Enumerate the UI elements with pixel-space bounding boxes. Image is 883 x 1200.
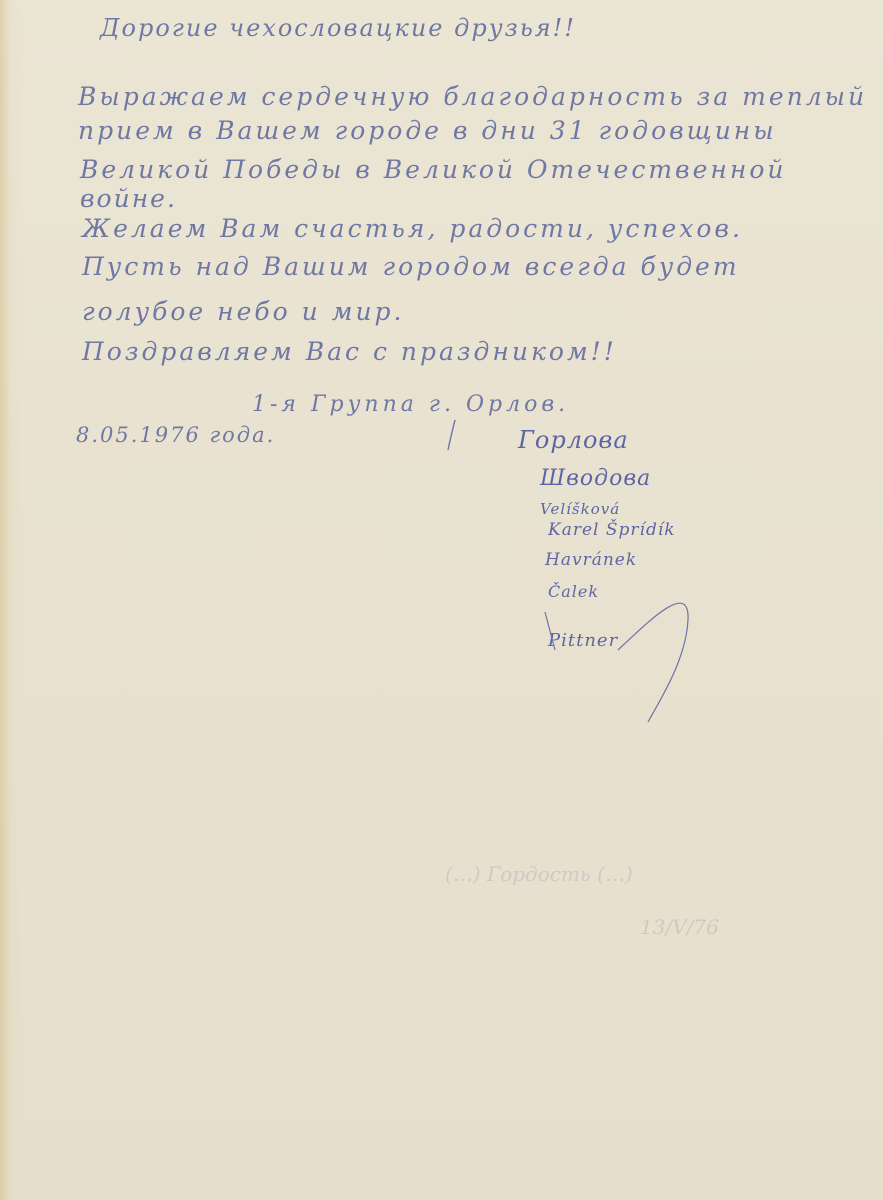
signature: Karel Šprídík [548, 520, 676, 540]
letter-line: Поздравляем Вас с праздником!! [82, 337, 617, 366]
signature: Čalek [548, 582, 599, 601]
letter-line: голубое небо и мир. [82, 297, 405, 326]
letter-date: 8.05.1976 года. [76, 423, 275, 447]
signature: Pittner [548, 630, 618, 651]
letter-line: прием в Вашем городе в дни 31 годовщины [78, 116, 777, 145]
bleedthrough-text: (…) Гордость (…) [445, 862, 633, 886]
sender-line: 1-я Группа г. Орлов. [252, 392, 569, 417]
bleedthrough-number: 13/V/76 [640, 915, 719, 939]
paper-page: Дорогие чехословацкие друзья!! Выражаем … [0, 0, 883, 1200]
signature: Havránek [545, 550, 637, 570]
letter-greeting: Дорогие чехословацкие друзья!! [100, 14, 576, 42]
letter-line: Желаем Вам счастья, радости, успехов. [82, 214, 743, 243]
signature: Горлова [518, 426, 629, 454]
letter-line: Выражаем сердечную благодарность за тепл… [78, 82, 867, 111]
letter-line: войне. [80, 184, 177, 213]
signature: Velíšková [540, 500, 620, 518]
signature: Шводова [540, 466, 651, 491]
letter-line: Пусть над Вашим городом всегда будет [82, 252, 740, 281]
letter-line: Великой Победы в Великой Отечественной [80, 155, 786, 184]
